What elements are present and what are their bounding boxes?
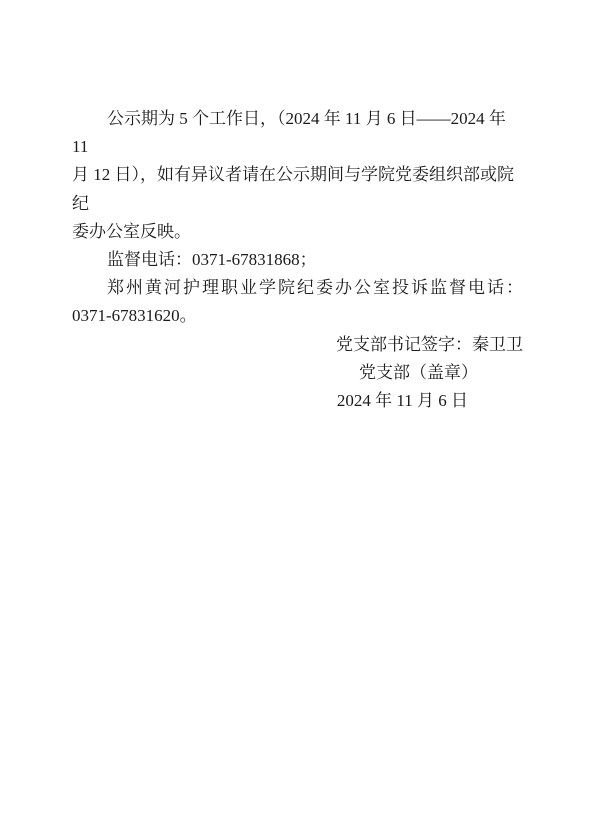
- complaint-phone-line-1: 郑州黄河护理职业学院纪委办公室投诉监督电话：: [72, 274, 523, 302]
- publicity-period-line-1: 公示期为 5 个工作日，（2024 年 11 月 6 日——2024 年 11: [72, 105, 523, 161]
- publicity-period-line-2: 月 12 日），如有异议者请在公示期间与学院党委组织部或院纪: [72, 161, 523, 217]
- signature-date-line: 2024 年 11 月 6 日: [72, 387, 523, 415]
- branch-seal-line: 党支部（盖章）: [72, 359, 523, 387]
- secretary-signature-line: 党支部书记签字：秦卫卫: [72, 331, 523, 359]
- complaint-phone-line-2: 0371-67831620。: [72, 302, 523, 330]
- document-page: 公示期为 5 个工作日，（2024 年 11 月 6 日——2024 年 11 …: [0, 0, 595, 839]
- publicity-period-line-3: 委办公室反映。: [72, 218, 523, 246]
- notice-body: 公示期为 5 个工作日，（2024 年 11 月 6 日——2024 年 11 …: [72, 105, 523, 415]
- supervision-phone-line: 监督电话：0371-67831868；: [72, 246, 523, 274]
